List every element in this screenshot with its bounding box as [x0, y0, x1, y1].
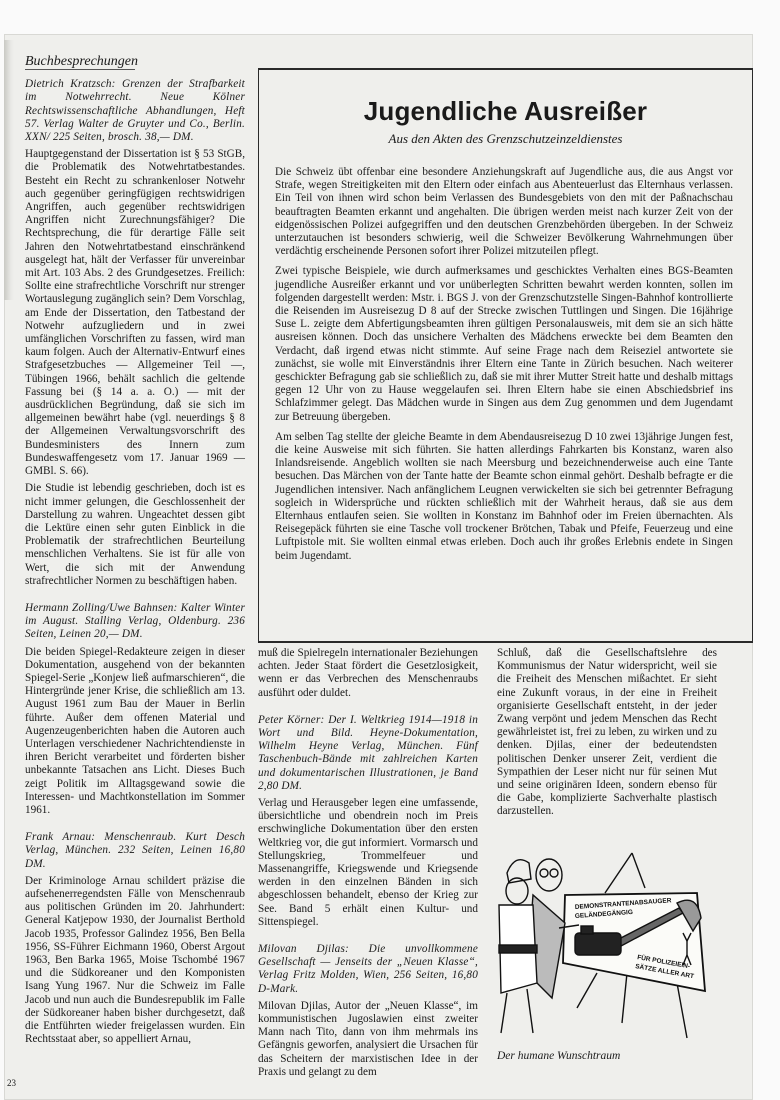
article-title: Jugendliche Ausreißer: [259, 96, 752, 127]
boxed-article: Jugendliche Ausreißer Aus den Akten des …: [258, 68, 753, 643]
review-paragraph: Verlag und Herausgeber legen eine umfass…: [258, 797, 478, 929]
right-column: Schluß, daß die Gesellschaftslehre des K…: [497, 647, 717, 823]
review-citation: Dietrich Kratzsch: Grenzen der Strafbark…: [25, 78, 245, 144]
review-citation: Hermann Zolling/Uwe Bahnsen: Kalter Wint…: [25, 602, 245, 642]
article-body: Die Schweiz übt offenbar eine besondere …: [275, 166, 733, 570]
review-paragraph: Milovan Djilas, Autor der „Neuen Klasse“…: [258, 1000, 478, 1079]
review-paragraph: Hauptgegenstand der Dissertation ist § 5…: [25, 148, 245, 478]
middle-column: muß die Spielregeln internationaler Bezi…: [258, 647, 478, 1083]
page-spine-shadow: [4, 40, 14, 300]
review-citation: Milovan Djilas: Die unvollkommene Gesell…: [258, 943, 478, 996]
review-koerner: Peter Körner: Der I. Weltkrieg 1914—1918…: [258, 714, 478, 929]
review-zolling-bahnsen: Hermann Zolling/Uwe Bahnsen: Kalter Wint…: [25, 602, 245, 817]
cartoon-drawing-icon: DEMONSTRANTENABSAUGER GELÄNDEGÄNGIG FÜR …: [497, 833, 742, 1045]
cartoon-caption: Der humane Wunschtraum: [497, 1050, 620, 1062]
cartoon-illustration: DEMONSTRANTENABSAUGER GELÄNDEGÄNGIG FÜR …: [497, 833, 742, 1045]
article-paragraph: Die Schweiz übt offenbar eine besondere …: [275, 166, 733, 258]
review-djilas: Milovan Djilas: Die unvollkommene Gesell…: [258, 943, 478, 1079]
continuation-text: muß die Spielregeln internationaler Bezi…: [258, 647, 478, 700]
review-paragraph: Der Kriminologe Arnau schildert präzise …: [25, 875, 245, 1047]
page-number: 23: [7, 1078, 16, 1088]
article-paragraph: Zwei typische Beispiele, wie durch aufme…: [275, 265, 733, 423]
review-arnau: Frank Arnau: Menschenraub. Kurt Desch Ve…: [25, 831, 245, 1046]
continuation-text: Schluß, daß die Gesellschaftslehre des K…: [497, 647, 717, 819]
review-paragraph: Die Studie ist lebendig geschrieben, doc…: [25, 482, 245, 588]
left-column: Buchbesprechungen Dietrich Kratzsch: Gre…: [25, 55, 245, 1050]
review-citation: Peter Körner: Der I. Weltkrieg 1914—1918…: [258, 714, 478, 793]
section-title: Buchbesprechungen: [25, 55, 135, 70]
review-citation: Frank Arnau: Menschenraub. Kurt Desch Ve…: [25, 831, 245, 871]
review-paragraph: Die beiden Spiegel-Redakteure zeigen in …: [25, 646, 245, 818]
review-kratzsch: Dietrich Kratzsch: Grenzen der Strafbark…: [25, 78, 245, 588]
article-paragraph: Am selben Tag stellte der gleiche Beamte…: [275, 431, 733, 563]
article-subtitle: Aus den Akten des Grenzschutzeinzeldiens…: [259, 131, 752, 147]
